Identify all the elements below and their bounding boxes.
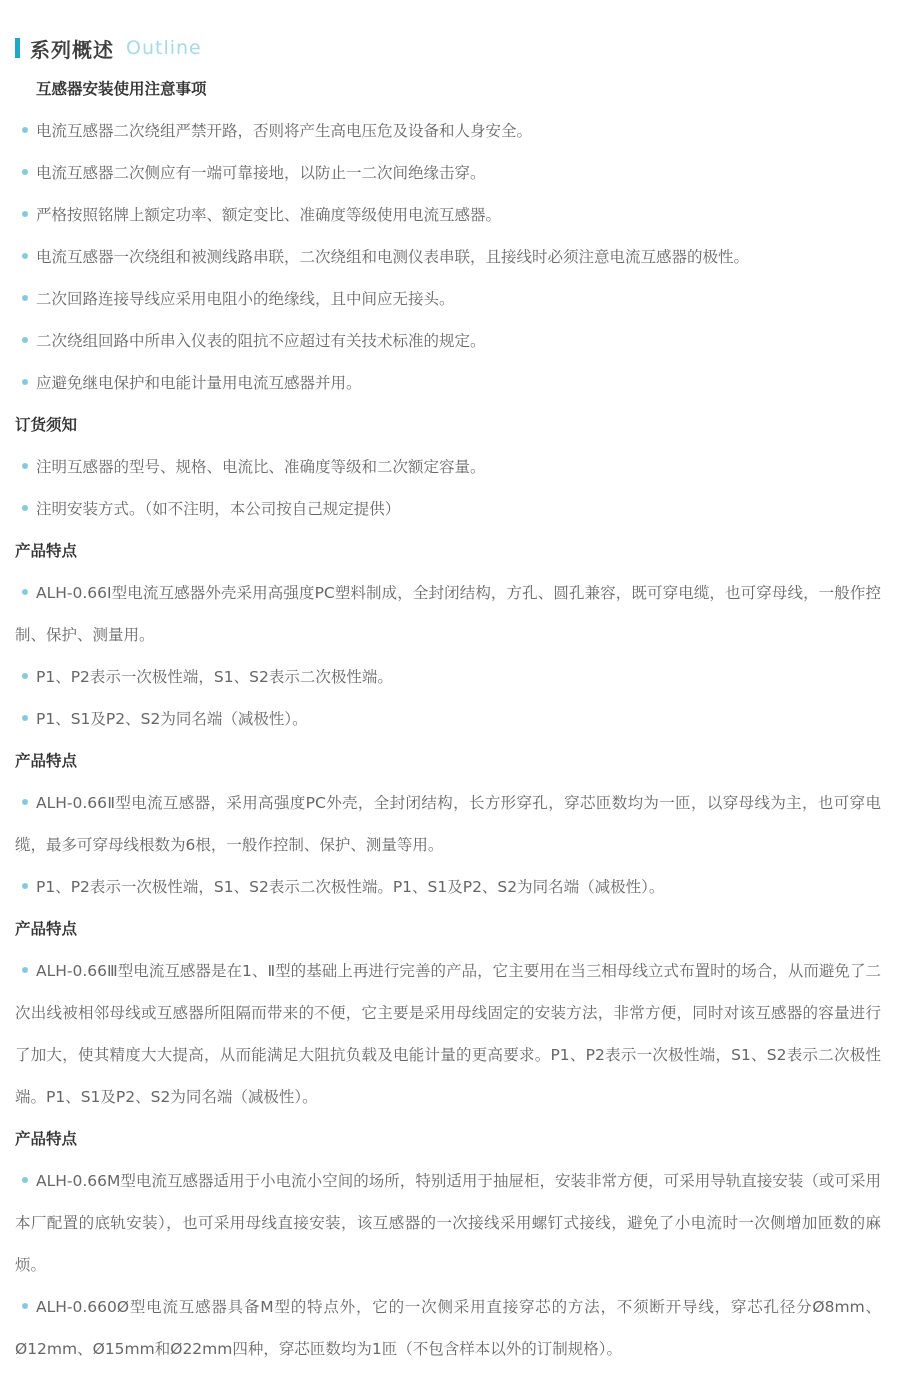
list-item-text: ALH-0.660Ø型电流互感器具备M型的特点外，它的一次侧采用直接穿芯的方法，… — [15, 1298, 881, 1358]
bullet-icon — [22, 505, 28, 511]
section-product-features-2: 产品特点 ALH-0.66Ⅱ型电流互感器，采用高强度PC外壳，全封闭结构，长方形… — [15, 740, 881, 908]
document-page: 系列概述 Outline 互感器安装使用注意事项 电流互感器二次绕组严禁开路，否… — [0, 0, 900, 1400]
bullet-icon — [22, 169, 28, 175]
list-item-text: 二次回路连接导线应采用电阻小的绝缘线，且中间应无接头。 — [36, 290, 455, 308]
bullet-icon — [22, 253, 28, 259]
list-item: P1、P2表示一次极性端，S1、S2表示二次极性端。P1、S1及P2、S2为同名… — [15, 866, 881, 908]
list-item-text: ALH-0.66Ⅲ型电流互感器是在1、Ⅱ型的基础上再进行完善的产品，它主要用在当… — [15, 962, 881, 1106]
list-item: 应避免继电保护和电能计量用电流互感器并用。 — [15, 362, 881, 404]
list-item-text: ALH-0.66Ⅱ型电流互感器，采用高强度PC外壳，全封闭结构，长方形穿孔，穿芯… — [15, 794, 881, 854]
bullet-icon — [22, 673, 28, 679]
list-item: ALH-0.66Ⅱ型电流互感器，采用高强度PC外壳，全封闭结构，长方形穿孔，穿芯… — [15, 782, 881, 866]
bullet-icon — [22, 715, 28, 721]
list-item-text: 注明安装方式。（如不注明，本公司按自己规定提供） — [36, 500, 400, 518]
section-product-features-3: 产品特点 ALH-0.66Ⅲ型电流互感器是在1、Ⅱ型的基础上再进行完善的产品，它… — [15, 908, 881, 1118]
bullet-icon — [22, 295, 28, 301]
list-item-text: 严格按照铭牌上额定功率、额定变比、准确度等级使用电流互感器。 — [36, 206, 501, 224]
list-item-text: P1、S1及P2、S2为同名端（减极性）。 — [36, 710, 308, 728]
section-heading: 产品特点 — [15, 530, 881, 572]
list-item: 电流互感器一次绕组和被测线路串联，二次绕组和电测仪表串联，且接线时必须注意电流互… — [15, 236, 881, 278]
list-item-text: 二次绕组回路中所串入仪表的阻抗不应超过有关技术标准的规定。 — [36, 332, 486, 350]
list-item: ALH-0.66M型电流互感器适用于小电流小空间的场所，特别适用于抽屉柜，安装非… — [15, 1160, 881, 1286]
bullet-icon — [22, 211, 28, 217]
section-heading: 订货须知 — [15, 404, 881, 446]
bullet-icon — [22, 799, 28, 805]
list-item-text: 电流互感器二次侧应有一端可靠接地，以防止一二次间绝缘击穿。 — [36, 164, 486, 182]
section-heading: 产品特点 — [15, 1118, 881, 1160]
list-item-text: 电流互感器二次绕组严禁开路，否则将产生高电压危及设备和人身安全。 — [36, 122, 532, 140]
bullet-icon — [22, 337, 28, 343]
list-item: 严格按照铭牌上额定功率、额定变比、准确度等级使用电流互感器。 — [15, 194, 881, 236]
bullet-icon — [22, 1177, 28, 1183]
list-item: ALH-0.66Ⅲ型电流互感器是在1、Ⅱ型的基础上再进行完善的产品，它主要用在当… — [15, 950, 881, 1118]
page-title: 系列概述 — [30, 34, 114, 63]
list-item-text: 电流互感器一次绕组和被测线路串联，二次绕组和电测仪表串联，且接线时必须注意电流互… — [36, 248, 749, 266]
section-product-features-1: 产品特点 ALH-0.66I型电流互感器外壳采用高强度PC塑料制成，全封闭结构，… — [15, 530, 881, 740]
bullet-icon — [22, 967, 28, 973]
list-item-text: P1、P2表示一次极性端，S1、S2表示二次极性端。P1、S1及P2、S2为同名… — [36, 878, 664, 896]
page-header: 系列概述 Outline — [15, 34, 881, 62]
list-item: ALH-0.66I型电流互感器外壳采用高强度PC塑料制成，全封闭结构，方孔、圆孔… — [15, 572, 881, 656]
list-item: 二次回路连接导线应采用电阻小的绝缘线，且中间应无接头。 — [15, 278, 881, 320]
list-item: 二次绕组回路中所串入仪表的阻抗不应超过有关技术标准的规定。 — [15, 320, 881, 362]
list-item: ALH-0.660Ø型电流互感器具备M型的特点外，它的一次侧采用直接穿芯的方法，… — [15, 1286, 881, 1370]
list-item: 注明安装方式。（如不注明，本公司按自己规定提供） — [15, 488, 881, 530]
list-item: 电流互感器二次侧应有一端可靠接地，以防止一二次间绝缘击穿。 — [15, 152, 881, 194]
bullet-icon — [22, 379, 28, 385]
bullet-icon — [22, 1303, 28, 1309]
bullet-icon — [22, 883, 28, 889]
list-item: 注明互感器的型号、规格、电流比、准确度等级和二次额定容量。 — [15, 446, 881, 488]
list-item-text: 应避免继电保护和电能计量用电流互感器并用。 — [36, 374, 362, 392]
list-item-text: ALH-0.66I型电流互感器外壳采用高强度PC塑料制成，全封闭结构，方孔、圆孔… — [15, 584, 881, 644]
section-heading: 产品特点 — [15, 740, 881, 782]
list-item: P1、P2表示一次极性端，S1、S2表示二次极性端。 — [15, 656, 881, 698]
bullet-icon — [22, 463, 28, 469]
bullet-icon — [22, 589, 28, 595]
section-product-features-4: 产品特点 ALH-0.66M型电流互感器适用于小电流小空间的场所，特别适用于抽屉… — [15, 1118, 881, 1370]
section-heading: 互感器安装使用注意事项 — [15, 68, 881, 110]
section-heading: 产品特点 — [15, 908, 881, 950]
accent-bar — [15, 38, 20, 58]
list-item-text: P1、P2表示一次极性端，S1、S2表示二次极性端。 — [36, 668, 393, 686]
section-ordering-info: 订货须知 注明互感器的型号、规格、电流比、准确度等级和二次额定容量。 注明安装方… — [15, 404, 881, 530]
list-item: 电流互感器二次绕组严禁开路，否则将产生高电压危及设备和人身安全。 — [15, 110, 881, 152]
list-item-text: 注明互感器的型号、规格、电流比、准确度等级和二次额定容量。 — [36, 458, 486, 476]
page-subtitle: Outline — [126, 37, 202, 59]
list-item: P1、S1及P2、S2为同名端（减极性）。 — [15, 698, 881, 740]
section-installation-notes: 互感器安装使用注意事项 电流互感器二次绕组严禁开路，否则将产生高电压危及设备和人… — [15, 68, 881, 404]
bullet-icon — [22, 127, 28, 133]
list-item-text: ALH-0.66M型电流互感器适用于小电流小空间的场所，特别适用于抽屉柜，安装非… — [15, 1172, 881, 1274]
